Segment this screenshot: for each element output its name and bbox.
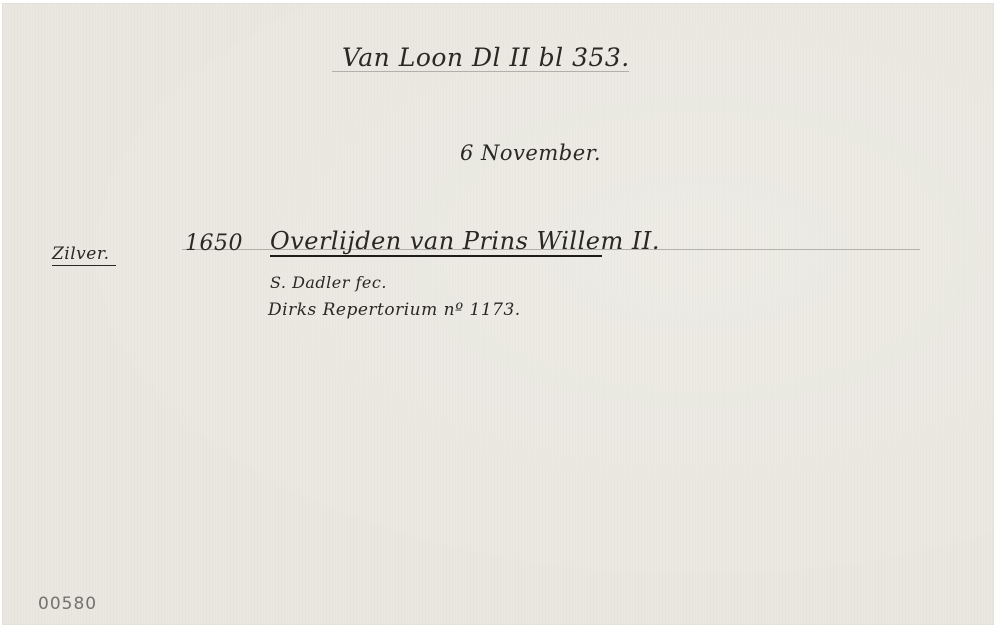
scan-edge-bottom [0, 625, 1000, 629]
category-underline [52, 265, 116, 266]
material-category: Zilver. [52, 244, 110, 264]
maker-attribution: S. Dadler fec. [270, 273, 387, 292]
header-reference: Van Loon Dl II bl 353. [342, 43, 630, 72]
entry-year: 1650 [185, 231, 243, 256]
entry-title: Overlijden van Prins Willem II. [270, 227, 660, 255]
catalogue-reference: Dirks Repertorium nº 1173. [268, 300, 521, 320]
header-underline [332, 71, 629, 72]
index-card: Van Loon Dl II bl 353. 6 November. Zilve… [2, 3, 994, 625]
title-underline [270, 255, 602, 257]
inventory-number: 00580 [38, 594, 97, 614]
event-date: 6 November. [460, 141, 601, 165]
scan-edge-right [994, 0, 1000, 629]
